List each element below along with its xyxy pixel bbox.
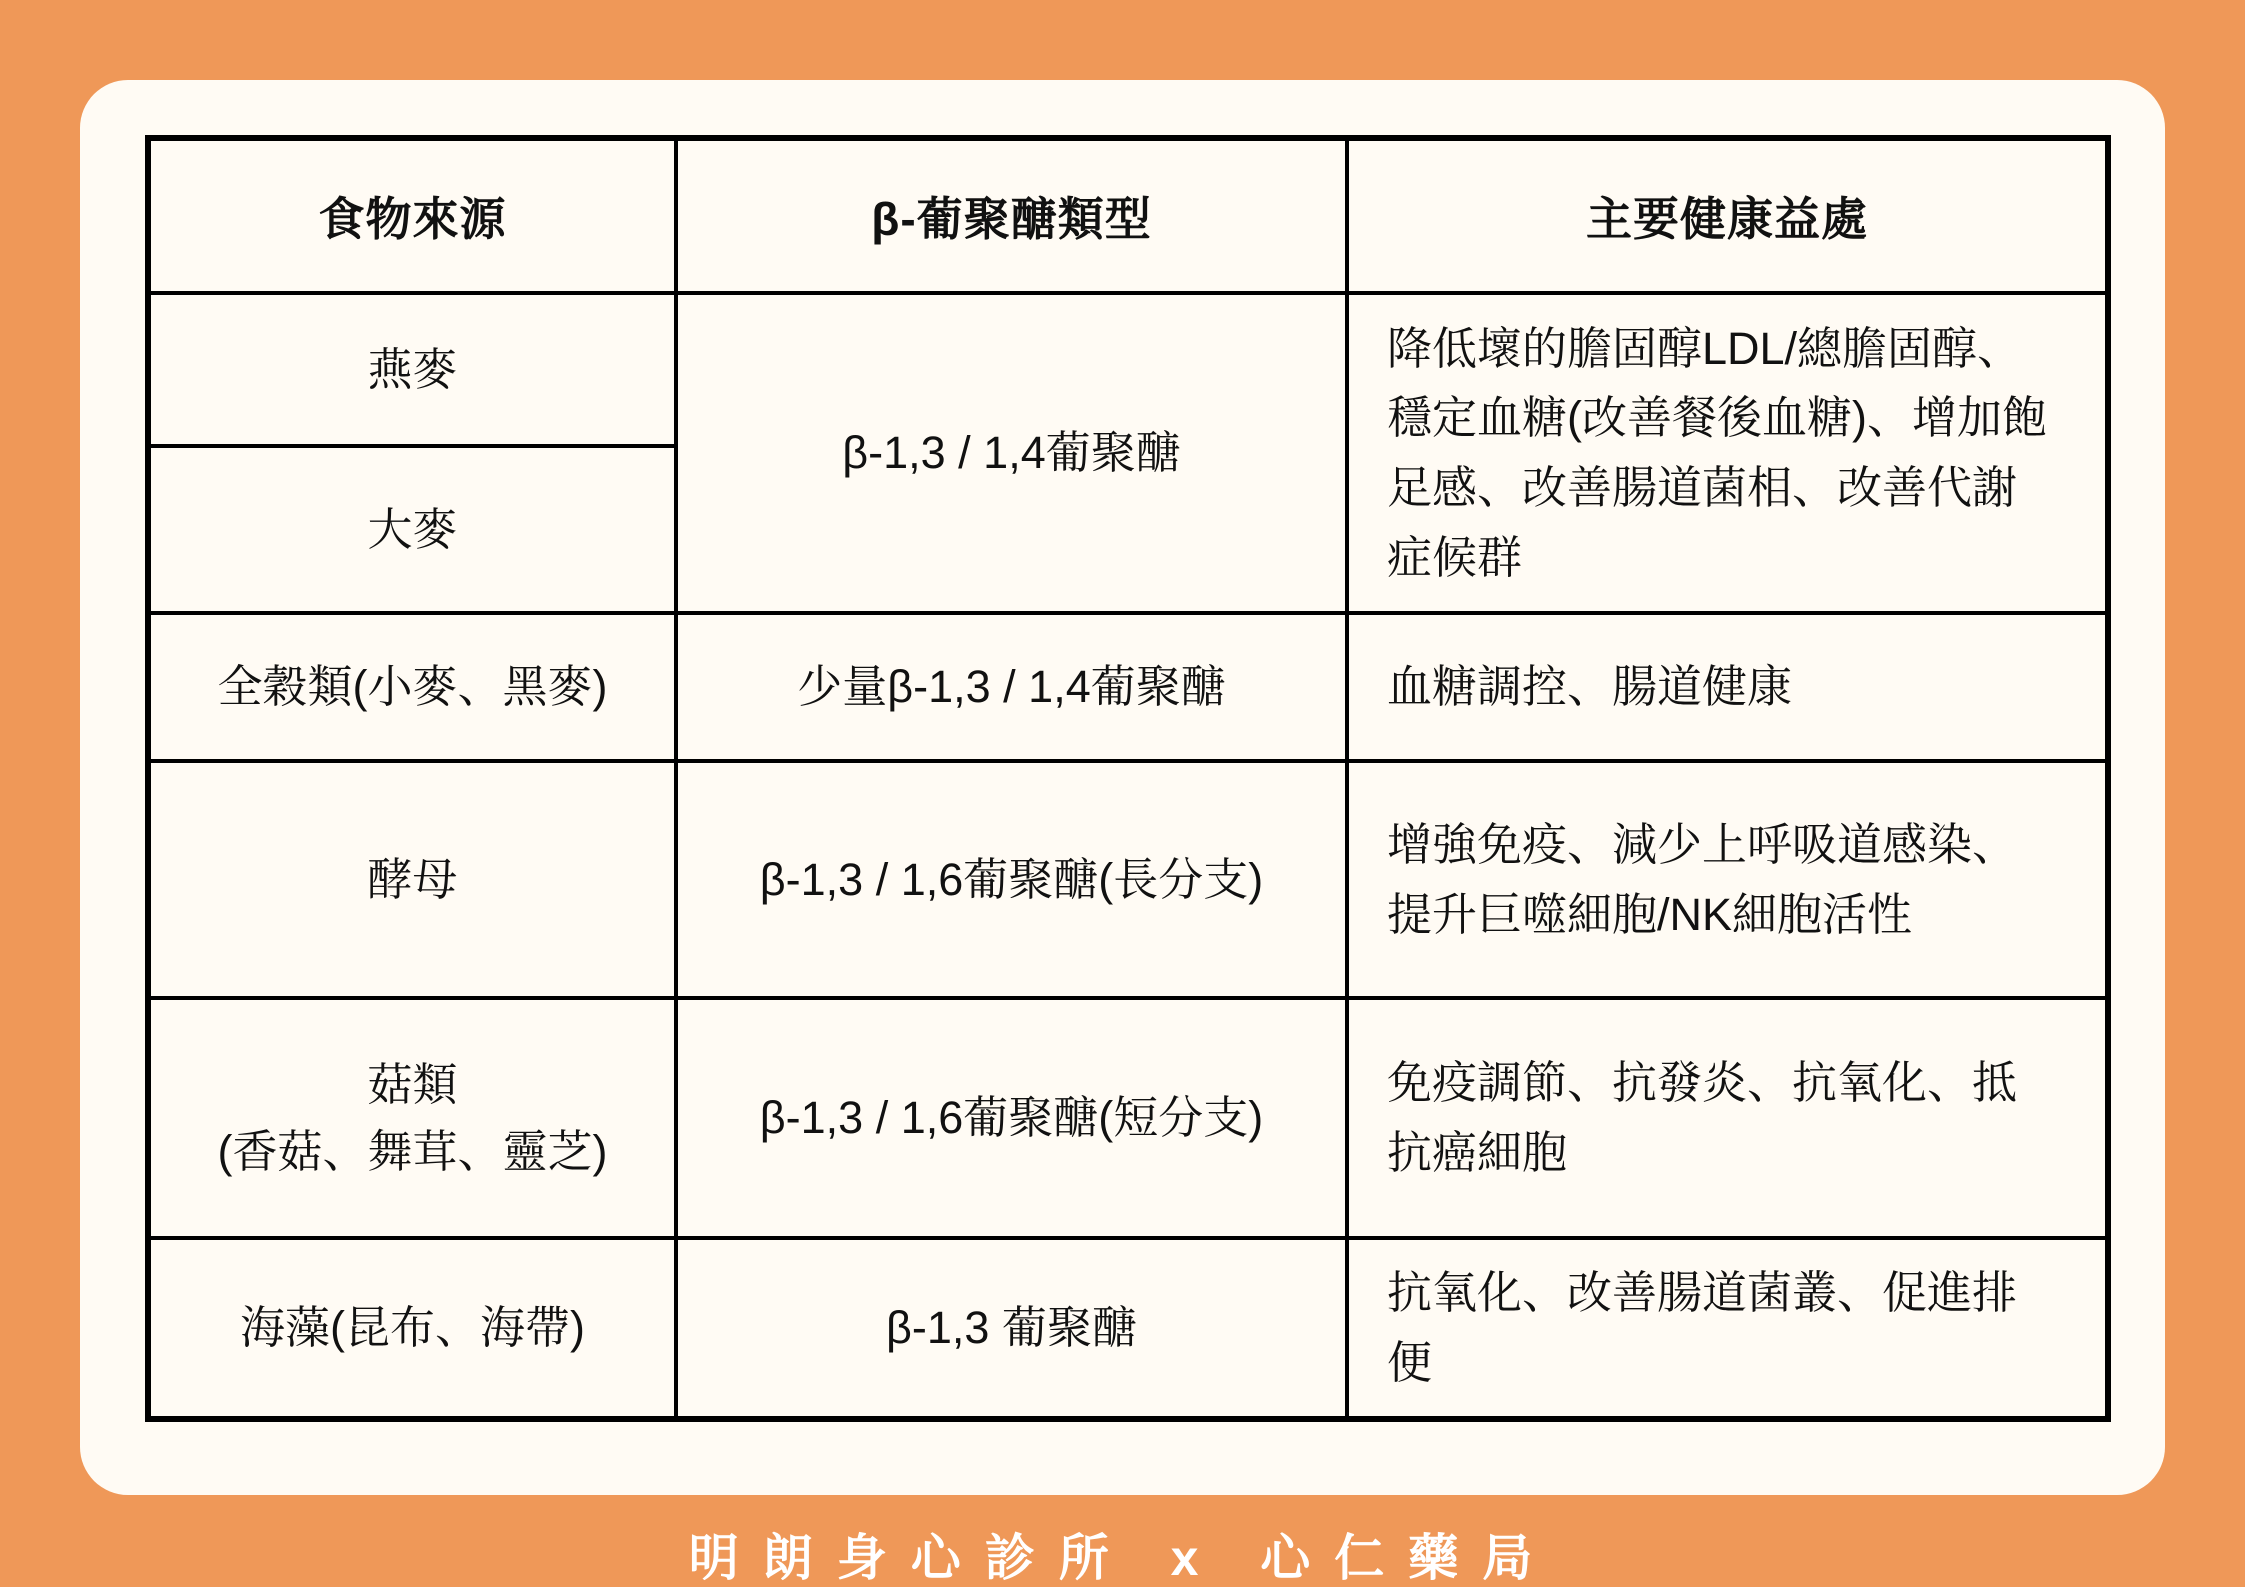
table-row-yeast: 酵母 β-1,3 / 1,6葡聚醣(長分支) 增強免疫、減少上呼吸道感染、提升巨… [148, 761, 2108, 998]
cell-whole-grains-source: 全穀類(小麥、黑麥) [148, 613, 676, 761]
header-food-source: 食物來源 [148, 138, 676, 293]
cell-mushrooms-source: 菇類 (香菇、舞茸、靈芝) [148, 998, 676, 1238]
content-card: 食物來源 β-葡聚醣類型 主要健康益處 燕麥 β-1,3 / 1,4葡聚醣 降低… [80, 80, 2165, 1495]
cell-mushrooms-benefits: 免疫調節、抗發炎、抗氧化、抵抗癌細胞 [1347, 998, 2108, 1238]
cell-seaweed-benefits: 抗氧化、改善腸道菌叢、促進排便 [1347, 1238, 2108, 1419]
table-row-seaweed: 海藻(昆布、海帶) β-1,3 葡聚醣 抗氧化、改善腸道菌叢、促進排便 [148, 1238, 2108, 1419]
table-row-oats: 燕麥 β-1,3 / 1,4葡聚醣 降低壞的膽固醇LDL/總膽固醇、穩定血糖(改… [148, 293, 2108, 446]
cell-mushrooms-source-line1: 菇類 [152, 1051, 673, 1119]
cell-oats-barley-benefits: 降低壞的膽固醇LDL/總膽固醇、穩定血糖(改善餐後血糖)、增加飽足感、改善腸道菌… [1347, 293, 2108, 613]
cell-mushrooms-type: β-1,3 / 1,6葡聚醣(短分支) [676, 998, 1347, 1238]
cell-seaweed-source: 海藻(昆布、海帶) [148, 1238, 676, 1419]
beta-glucan-table: 食物來源 β-葡聚醣類型 主要健康益處 燕麥 β-1,3 / 1,4葡聚醣 降低… [145, 135, 2111, 1422]
cell-yeast-type: β-1,3 / 1,6葡聚醣(長分支) [676, 761, 1347, 998]
cell-yeast-benefits: 增強免疫、減少上呼吸道感染、提升巨噬細胞/NK細胞活性 [1347, 761, 2108, 998]
cell-whole-grains-benefits: 血糖調控、腸道健康 [1347, 613, 2108, 761]
table-header-row: 食物來源 β-葡聚醣類型 主要健康益處 [148, 138, 2108, 293]
header-glucan-type: β-葡聚醣類型 [676, 138, 1347, 293]
cell-mushrooms-source-line2: (香菇、舞茸、靈芝) [152, 1118, 673, 1186]
table-row-whole-grains: 全穀類(小麥、黑麥) 少量β-1,3 / 1,4葡聚醣 血糖調控、腸道健康 [148, 613, 2108, 761]
cell-oats-barley-type: β-1,3 / 1,4葡聚醣 [676, 293, 1347, 613]
cell-yeast-source: 酵母 [148, 761, 676, 998]
cell-barley-source: 大麥 [148, 446, 676, 613]
table-row-mushrooms: 菇類 (香菇、舞茸、靈芝) β-1,3 / 1,6葡聚醣(短分支) 免疫調節、抗… [148, 998, 2108, 1238]
cell-seaweed-type: β-1,3 葡聚醣 [676, 1238, 1347, 1419]
footer-branding: 明朗身心診所 x 心仁藥局 [0, 1518, 2245, 1587]
header-health-benefits: 主要健康益處 [1347, 138, 2108, 293]
cell-whole-grains-type: 少量β-1,3 / 1,4葡聚醣 [676, 613, 1347, 761]
cell-oats-source: 燕麥 [148, 293, 676, 446]
